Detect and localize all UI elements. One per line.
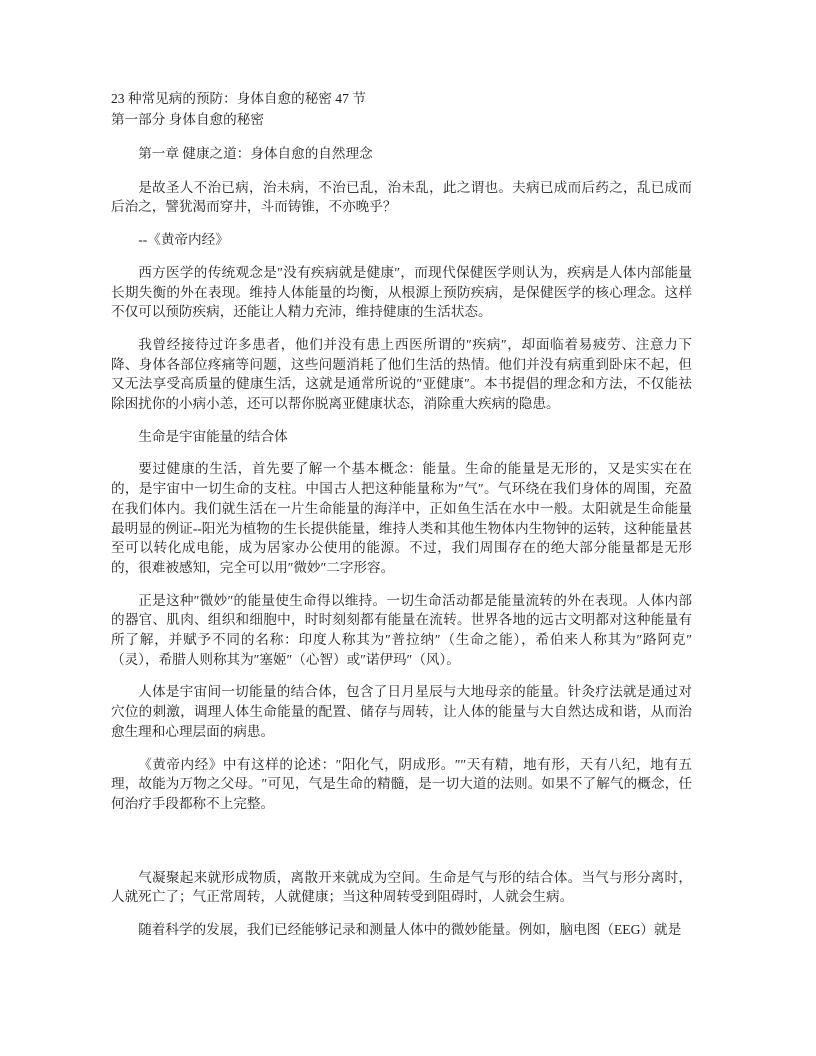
- document-page: 23 种常见病的预防：身体自愈的秘密 47 节 第一部分 身体自愈的秘密 第一章…: [0, 0, 816, 1056]
- paragraph: 要过健康的生活，首先要了解一个基本概念：能量。生命的能量是无形的，又是实实在在的…: [111, 459, 692, 577]
- epigraph-paragraph: 是故圣人不治已病，治未病，不治已乱，治未乱，此之谓也。夫病已成而后药之，乱已成而…: [111, 178, 692, 217]
- doc-title-line-2: 第一部分 身体自愈的秘密: [111, 109, 692, 130]
- epigraph-source: --《黄帝内经》: [111, 230, 692, 250]
- paragraph: 《黄帝内经》中有这样的论述：″阳化气，阴成形。″″天有精，地有形，天有八纪，地有…: [111, 755, 692, 814]
- doc-title-line-1: 23 种常见病的预防：身体自愈的秘密 47 节: [111, 88, 692, 109]
- chapter-heading: 第一章 健康之道：身体自愈的自然理念: [111, 144, 692, 164]
- paragraph: 气凝聚起来就形成物质，离散开来就成为空间。生命是气与形的结合体。当气与形分离时，…: [111, 868, 692, 907]
- paragraph: 人体是宇宙间一切能量的结合体，包含了日月星辰与大地母亲的能量。针灸疗法就是通过对…: [111, 682, 692, 741]
- paragraph: 我曾经接待过许多患者，他们并没有患上西医所谓的″疾病″，却面临着易疲劳、注意力下…: [111, 335, 692, 414]
- document-content: 23 种常见病的预防：身体自愈的秘密 47 节 第一部分 身体自愈的秘密 第一章…: [111, 88, 692, 953]
- paragraph: 西方医学的传统观念是″没有疾病就是健康″，而现代保健医学则认为，疾病是人体内部能…: [111, 263, 692, 322]
- paragraph: 随着科学的发展，我们已经能够记录和测量人体中的微妙能量。例如，脑电图（EEG）就…: [111, 920, 692, 940]
- section-heading: 生命是宇宙能量的结合体: [111, 427, 692, 447]
- paragraph: 正是这种″微妙″的能量使生命得以维持。一切生命活动都是能量流转的外在表现。人体内…: [111, 591, 692, 670]
